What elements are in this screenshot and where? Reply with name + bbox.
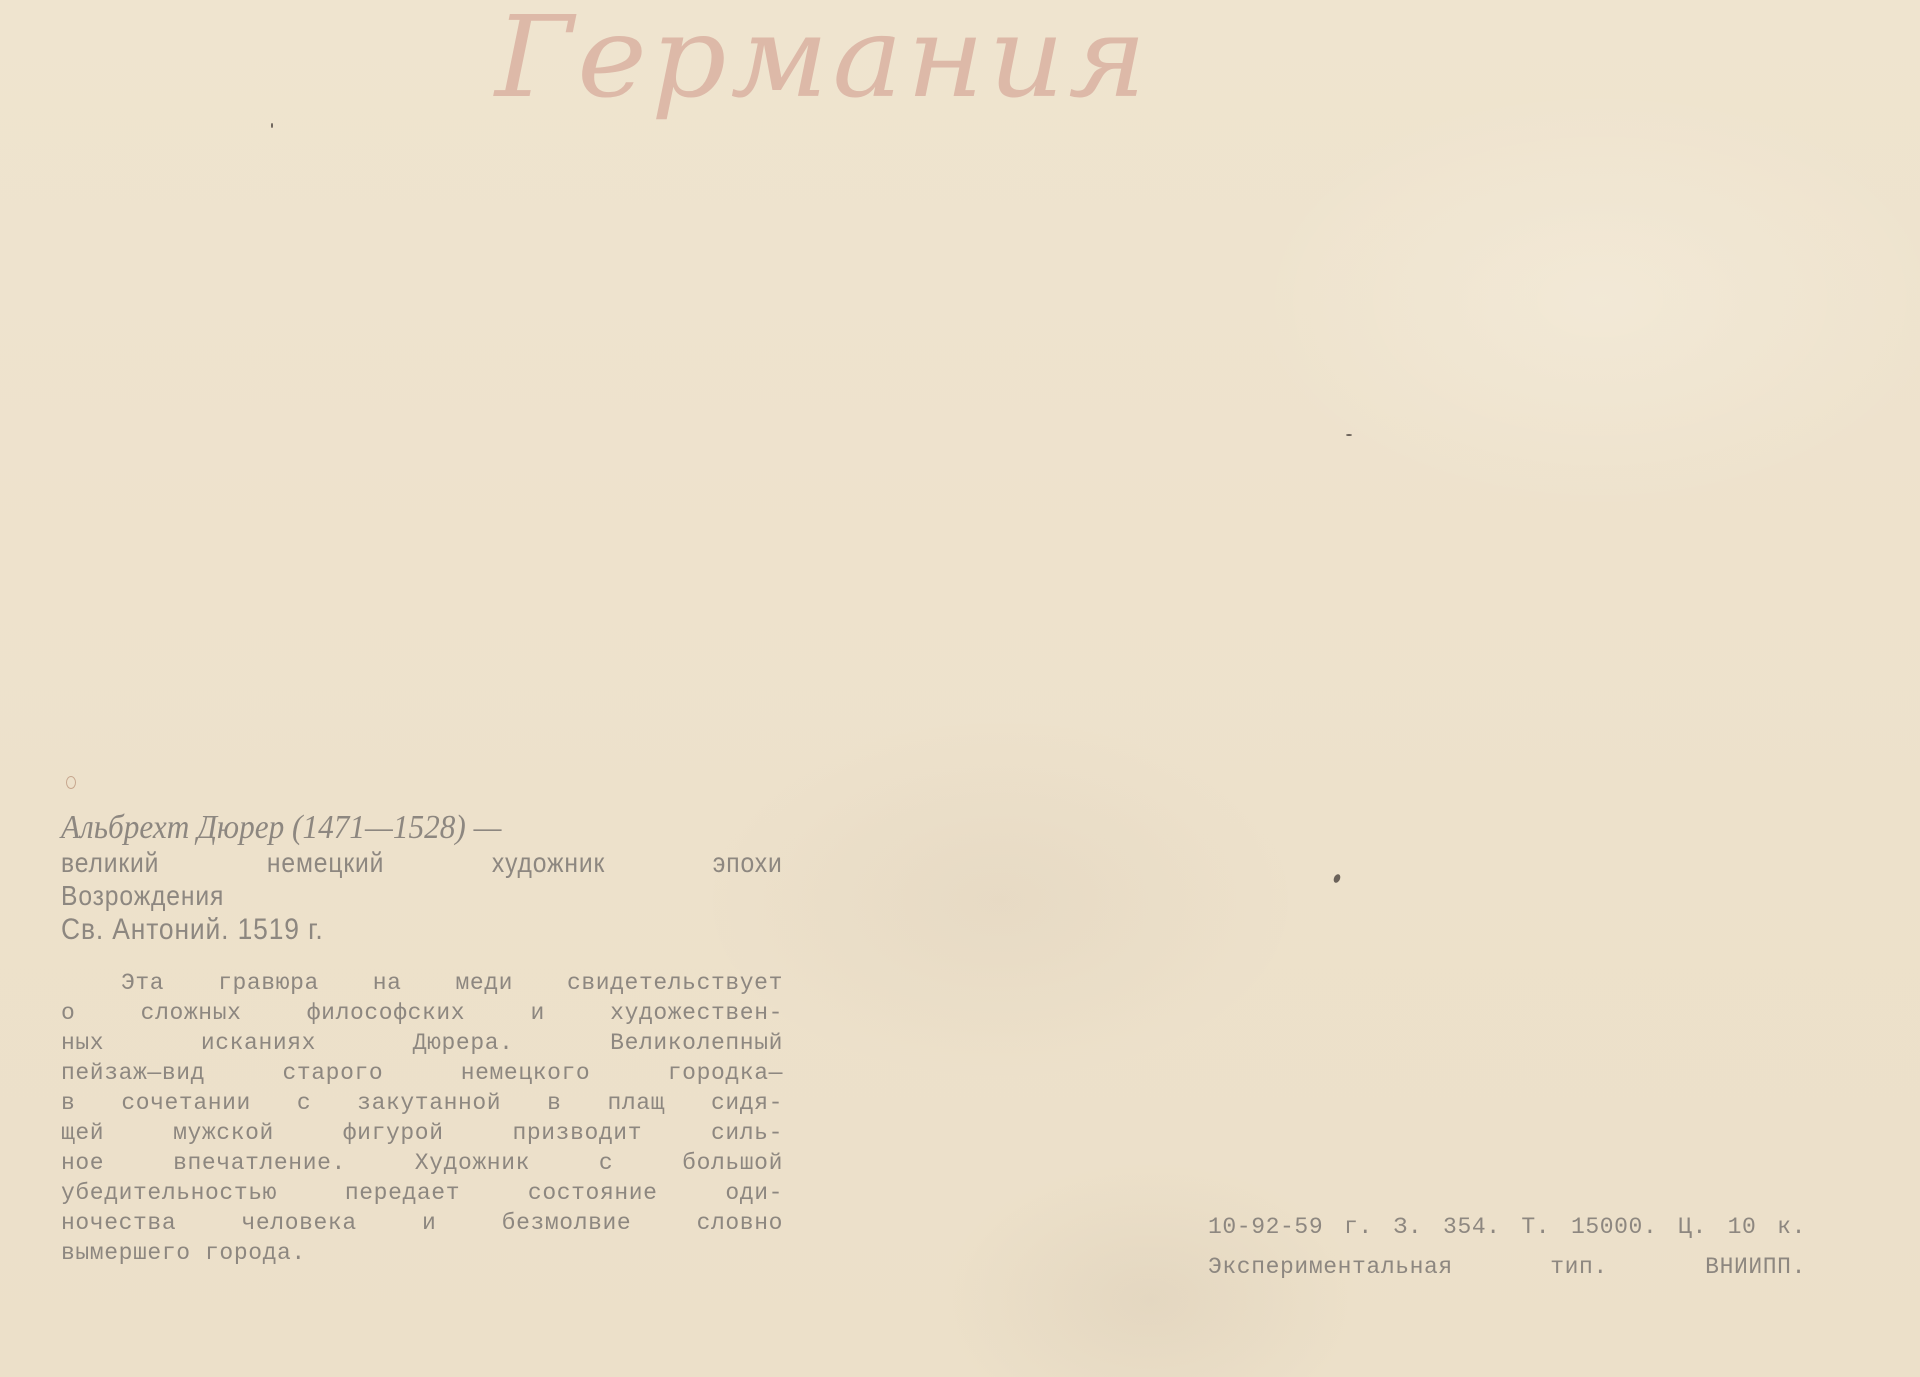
body-line: вымершего города. xyxy=(61,1238,783,1268)
caption-block: Альбрехт Дюрер (1471—1528) — великий нем… xyxy=(61,810,783,1268)
artwork-description: Эта гравюра на меди свидетельствует о сл… xyxy=(61,968,783,1268)
body-line: ночества человека и безмолвие словно xyxy=(61,1208,783,1238)
body-line: пейзаж—вид старого немецкого городка— xyxy=(61,1058,783,1088)
body-line: в сочетании с закутанной в плащ сидя- xyxy=(61,1088,783,1118)
body-line: щей мужской фигурой призводит силь- xyxy=(61,1118,783,1148)
imprint-line-1: 10-92-59 г. З. 354. Т. 15000. Ц. 10 к. xyxy=(1208,1207,1806,1247)
body-line: Эта гравюра на меди свидетельствует xyxy=(61,968,783,998)
ink-speck xyxy=(271,123,273,128)
imprint-line-2: Экспериментальная тип. ВНИИПП. xyxy=(1208,1247,1806,1287)
body-line: о сложных философских и художествен- xyxy=(61,998,783,1028)
artist-description-cont: Возрождения xyxy=(61,879,696,912)
artist-name: Альбрехт Дюрер (1471—1528) — xyxy=(61,810,725,846)
ink-speck xyxy=(1346,434,1352,436)
body-line: ных исканиях Дюрера. Великолепный xyxy=(61,1028,783,1058)
body-line: убедительностью передает состояние оди- xyxy=(61,1178,783,1208)
handwritten-note: Германия xyxy=(495,0,1151,123)
printer-imprint: 10-92-59 г. З. 354. Т. 15000. Ц. 10 к. Э… xyxy=(1208,1207,1806,1287)
body-line: ное впечатление. Художник с большой xyxy=(61,1148,783,1178)
paper-blemish xyxy=(66,776,76,789)
artwork-title: Св. Антоний. 1519 г. xyxy=(61,912,696,948)
artist-description: великий немецкий художник эпохи xyxy=(61,846,783,879)
